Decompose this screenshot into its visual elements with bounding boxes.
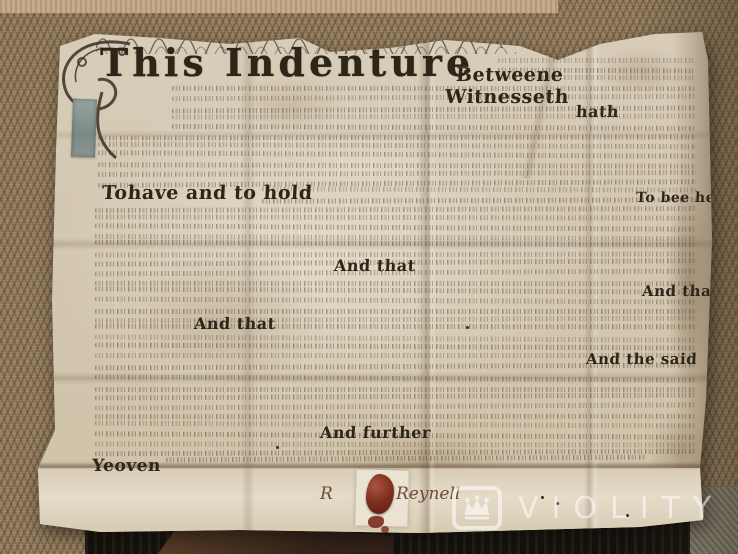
script-line <box>98 163 696 170</box>
signature-surname: Reynell <box>396 484 460 504</box>
script-line <box>95 374 696 382</box>
keyword-and-further: And further <box>320 423 432 442</box>
script-line <box>95 286 696 294</box>
keyword-hath: hath <box>576 102 620 121</box>
background-fabric-strip <box>0 0 558 13</box>
script-line <box>172 85 696 90</box>
document-opening-words: This Indenture <box>100 40 474 85</box>
script-line <box>95 403 696 411</box>
script-line <box>95 334 696 342</box>
script-line <box>172 124 696 131</box>
script-line <box>95 441 696 447</box>
violity-watermark: VIOLITY <box>452 480 724 536</box>
crown-icon <box>452 486 502 530</box>
parchment-wrapper: This Indenture Betweene Witnesseth hath … <box>36 26 714 534</box>
script-line <box>95 297 696 305</box>
keyword-and-that-3: And that <box>642 282 720 300</box>
script-line <box>95 309 696 314</box>
script-line <box>98 170 696 177</box>
script-line <box>498 58 695 63</box>
keyword-witnesseth: Witnesseth <box>444 86 569 108</box>
script-line <box>95 315 696 323</box>
script-line <box>166 455 646 463</box>
script-line <box>95 214 696 221</box>
script-line <box>95 324 696 330</box>
photo-scene: This Indenture Betweene Witnesseth hath … <box>0 0 738 554</box>
revenue-stamp <box>71 99 97 158</box>
keyword-betweene: Betweene <box>455 64 564 86</box>
keyword-and-that-2: And that <box>194 314 277 333</box>
script-line <box>262 197 696 203</box>
script-line <box>95 281 696 287</box>
keyword-to-bee-held: To bee held <box>636 190 732 206</box>
script-line <box>262 186 696 192</box>
script-line <box>95 223 696 232</box>
keyword-and-that-1: And that <box>334 256 417 275</box>
wax-seal-drip <box>381 526 389 533</box>
keyword-yeoven: Yeoven <box>91 456 161 476</box>
parchment-document: This Indenture Betweene Witnesseth hath … <box>36 26 714 534</box>
script-line <box>95 392 696 400</box>
script-line <box>98 150 696 159</box>
script-line <box>95 387 696 392</box>
watermark-text: VIOLITY <box>518 491 724 526</box>
script-line <box>98 142 696 149</box>
script-line <box>95 414 696 419</box>
script-line <box>98 134 696 140</box>
keyword-and-the-said: And the said <box>586 350 698 368</box>
crown-glyph <box>461 494 493 522</box>
signature-initial: R <box>320 484 333 504</box>
keyword-to-have: Tohave and to hold <box>101 182 313 204</box>
script-line <box>172 94 696 101</box>
ink-speck <box>276 446 279 449</box>
ink-speck <box>466 326 469 329</box>
script-line <box>95 206 696 213</box>
